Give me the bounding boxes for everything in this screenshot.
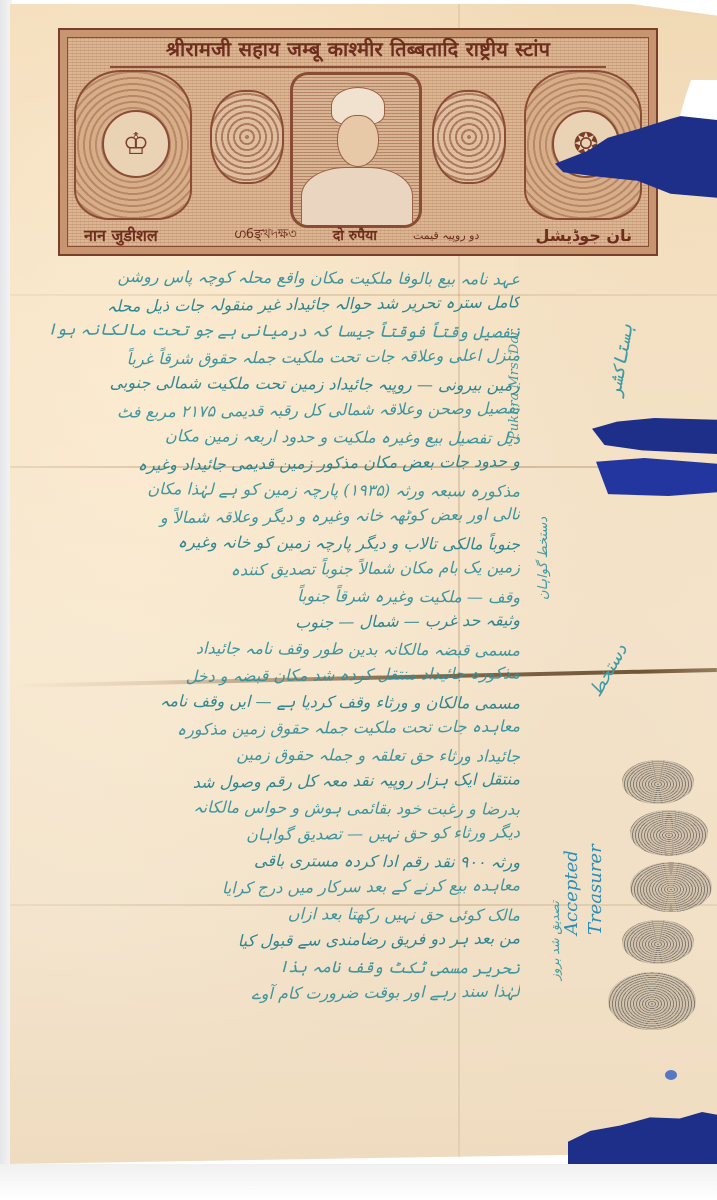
margin-note-urdu: دستخط گواہان	[536, 517, 551, 600]
handwritten-line: تحریر مسمی ٹکٹ وقف نامہ ہذا	[20, 952, 520, 982]
revenue-stamp: श्रीरामजी सहाय जम्बू काश्मीर तिब्बतादि र…	[58, 28, 658, 256]
handwritten-line: جنوباً مالکی تالاب و دیگر پارچہ زمین کو …	[20, 528, 520, 558]
handwritten-line: ورثہ ۹۰۰ نقد رقم ادا کردہ مستری باقی	[20, 846, 520, 876]
portrait-face	[337, 115, 379, 167]
accepted-endorsement: Accepted Treasurer	[560, 844, 608, 935]
fingerprint	[622, 920, 694, 964]
margin-note-english: Pukhra Mrs. Dar	[507, 330, 522, 440]
handwritten-line: ذیل تفصیل بیع وغیرہ ملکیت و حدود اربعہ ز…	[20, 422, 520, 452]
handwritten-deed: عہد نامہ بیع بالوفا ملکیت مکان واقع محلہ…	[20, 265, 520, 1007]
maharaja-portrait	[290, 72, 422, 228]
handwritten-line: لہٰذا سند رہے اور بوقت ضرورت کام آوے	[20, 978, 520, 1010]
handwritten-line: مسمی مالکان و ورثاء وقف کردیا ہے — ایں و…	[20, 687, 520, 717]
handwritten-line: وقف — ملکیت وغیرہ شرقاً جنوباً	[20, 581, 520, 611]
scan-bottom-edge	[0, 1164, 717, 1200]
handwritten-line: عہد نامہ بیع بالوفا ملکیت مکان واقع محلہ…	[20, 263, 520, 293]
fingerprint	[630, 862, 712, 912]
non-judicial-label-hindi: नान जुडीशल	[70, 224, 158, 246]
stamp-title: श्रीरामजी सहाय जम्बू काश्मीर तिब्बतादि र…	[100, 34, 616, 64]
non-judicial-label-urdu: نان جوڈیشل	[536, 226, 647, 245]
ink-speck	[665, 1070, 677, 1080]
rosette-ornament	[432, 90, 506, 184]
title-rule	[110, 66, 606, 68]
handwritten-line: زمین بیرونی — روپیہ جائیداد زمین تحت ملک…	[20, 369, 520, 399]
crest-icon: ♔	[102, 110, 170, 178]
endorsement-line: Treasurer	[584, 844, 608, 935]
stamp-footer: नान जुडीशल ഗ6ङ्খ৸ক্ষ৩ दो रुपैया دو روپیہ…	[70, 222, 646, 248]
rosette-ornament	[210, 90, 284, 184]
serial-number: ഗ6ङ्খ৸ক্ষ৩	[234, 224, 297, 246]
handwritten-line: مذکورہ سبعہ ورثہ (۱۹۳۵) پارچہ زمین کو ہے…	[20, 475, 520, 505]
endorsement-line: Accepted	[560, 844, 584, 935]
portrait-coat	[301, 167, 413, 228]
left-medallion: ♔	[74, 70, 192, 220]
fingerprint	[608, 972, 696, 1030]
value-hindi: दो रुपैया	[333, 226, 377, 245]
fingerprint	[622, 760, 694, 804]
fingerprint	[630, 810, 708, 856]
handwritten-line: مالک کوئی حق نہیں رکھتا بعد ازاں	[20, 899, 520, 929]
handwritten-line: جائیداد ورثاء حق تعلقہ و جملہ حقوق زمین	[20, 740, 520, 770]
value-urdu: دو روپیہ قیمت	[413, 229, 479, 242]
handwritten-line: مسمی قبضہ مالکانہ بدین طور وقف نامہ جائی…	[20, 634, 520, 664]
handwritten-line: بدرضا و رغبت خود بقائمی ہوش و حواس مالکا…	[20, 793, 520, 823]
ink-blot	[596, 458, 717, 496]
handwritten-line: تفصیل وقتاً فوقتاً جیسا کہ درمیانی ہے جو…	[20, 316, 520, 346]
